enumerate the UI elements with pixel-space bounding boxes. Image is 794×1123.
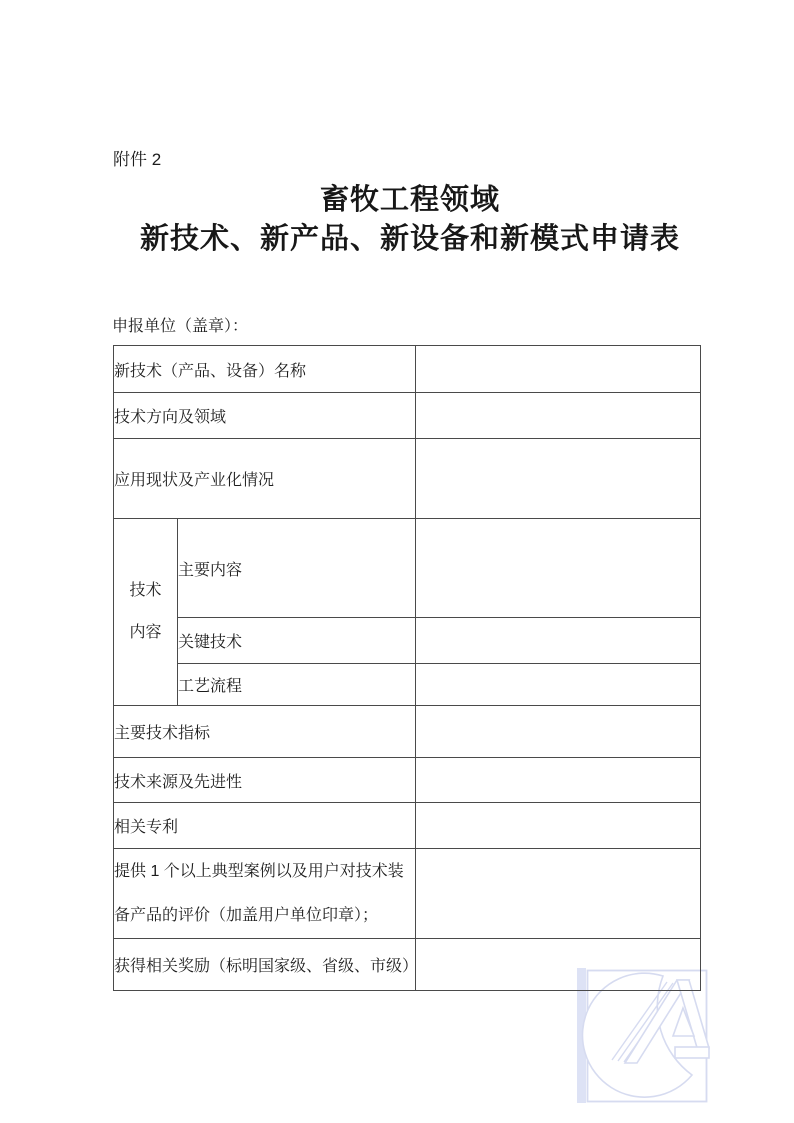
row-value-related-patents[interactable] <box>416 803 701 849</box>
table-row: 获得相关奖励（标明国家级、省级、市级） <box>114 939 701 991</box>
row-value-key-technology[interactable] <box>416 618 701 664</box>
application-form-table: 新技术（产品、设备）名称 技术方向及领域 应用现状及产业化情况 技术 内容 主要… <box>113 345 701 991</box>
row-label-typical-cases: 提供 1 个以上典型案例以及用户对技术装备产品的评价（加盖用户单位印章）； <box>114 849 416 939</box>
table-row: 工艺流程 <box>114 664 701 706</box>
row-value-process-flow[interactable] <box>416 664 701 706</box>
applicant-unit-label: 申报单位（盖章）： <box>112 313 248 336</box>
row-value-tech-source[interactable] <box>416 758 701 803</box>
form-title-line2: 新技术、新产品、新设备和新模式申请表 <box>110 220 710 259</box>
row-label-tech-direction: 技术方向及领域 <box>114 393 416 439</box>
row-value-main-content[interactable] <box>416 519 701 618</box>
group-label-line2: 内容 <box>114 612 177 654</box>
row-label-related-patents: 相关专利 <box>114 803 416 849</box>
form-title-line1: 畜牧工程领域 <box>110 181 710 220</box>
row-value-awards[interactable] <box>416 939 701 991</box>
row-label-key-technology: 关键技术 <box>178 618 416 664</box>
row-label-main-content: 主要内容 <box>178 519 416 618</box>
row-label-application-status: 应用现状及产业化情况 <box>114 439 416 519</box>
row-value-tech-direction[interactable] <box>416 393 701 439</box>
document-page: 附件 2 畜牧工程领域 新技术、新产品、新设备和新模式申请表 申报单位（盖章）：… <box>0 0 794 1123</box>
table-row: 关键技术 <box>114 618 701 664</box>
form-title: 畜牧工程领域 新技术、新产品、新设备和新模式申请表 <box>110 181 710 259</box>
table-row: 技术方向及领域 <box>114 393 701 439</box>
row-value-application-status[interactable] <box>416 439 701 519</box>
table-row: 技术来源及先进性 <box>114 758 701 803</box>
table-row: 技术 内容 主要内容 <box>114 519 701 618</box>
table-row: 应用现状及产业化情况 <box>114 439 701 519</box>
row-label-main-indicators: 主要技术指标 <box>114 706 416 758</box>
row-label-process-flow: 工艺流程 <box>178 664 416 706</box>
attachment-label: 附件 2 <box>113 148 161 172</box>
row-label-tech-source: 技术来源及先进性 <box>114 758 416 803</box>
table-row: 相关专利 <box>114 803 701 849</box>
table-row: 主要技术指标 <box>114 706 701 758</box>
document-content: 附件 2 畜牧工程领域 新技术、新产品、新设备和新模式申请表 申报单位（盖章）：… <box>0 0 794 1123</box>
row-value-main-indicators[interactable] <box>416 706 701 758</box>
row-value-typical-cases[interactable] <box>416 849 701 939</box>
row-label-tech-name: 新技术（产品、设备）名称 <box>114 346 416 393</box>
group-label-line1: 技术 <box>114 570 177 612</box>
table-row: 提供 1 个以上典型案例以及用户对技术装备产品的评价（加盖用户单位印章）； <box>114 849 701 939</box>
row-label-awards: 获得相关奖励（标明国家级、省级、市级） <box>114 939 416 991</box>
group-label-tech-content: 技术 内容 <box>114 519 178 706</box>
table-row: 新技术（产品、设备）名称 <box>114 346 701 393</box>
row-value-tech-name[interactable] <box>416 346 701 393</box>
